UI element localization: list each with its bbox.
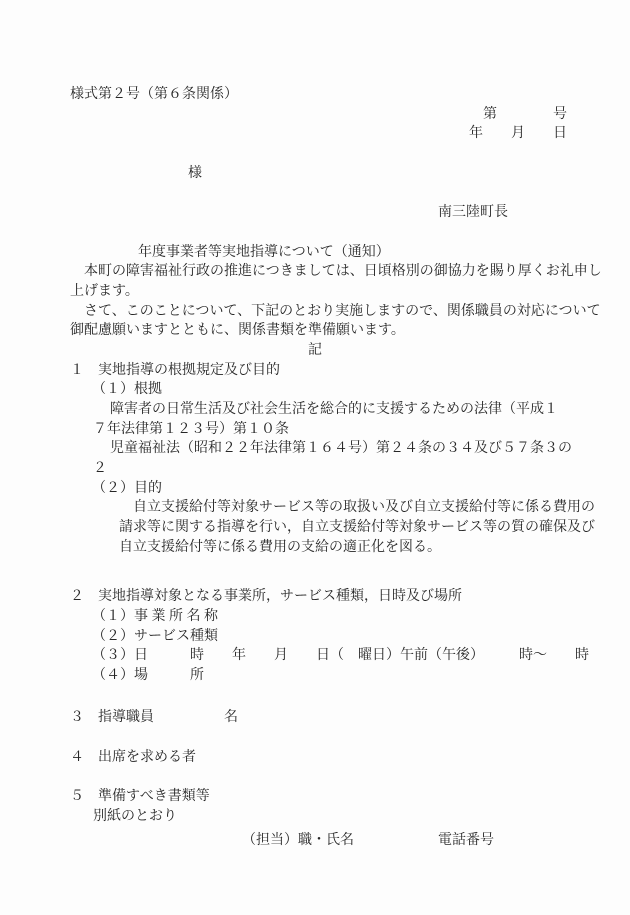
section2-item-office-name: （１）事 業 所 名 称 [0, 607, 630, 627]
section1-heading: １ 実地指導の根拠規定及び目的 [0, 361, 630, 381]
section1-basis-line4: ２ [0, 459, 630, 479]
section5-detail: 別紙のとおり [0, 807, 630, 827]
section2-item-datetime: （３）日 時 年 月 日（ 曜日）午前（午後） 時～ 時 [0, 646, 630, 666]
section1-purpose-line1: 自立支援給付等対象サービス等の取扱い及び自立支援給付等に係る費用の [0, 498, 630, 518]
intro-paragraph2-line2: 御配慮願いますとともに、関係書類を準備願います。 [0, 321, 630, 341]
section2-heading: ２ 実地指導対象となる事業所，サービス種類，日時及び場所 [0, 587, 630, 607]
contact-line: （担当）職・氏名 電話番号 [0, 831, 630, 851]
section1-basis-line1: 障害者の日常生活及び社会生活を総合的に支援するための法律（平成１ [0, 400, 630, 420]
ki-marker: 記 [0, 341, 630, 361]
section1-purpose-line2: 請求等に関する指導を行い，自立支援給付等対象サービス等の質の確保及び [0, 518, 630, 538]
doc-number-line: 第 号 [0, 105, 630, 125]
section2-item-service-type: （２）サービス種類 [0, 627, 630, 647]
document-page: 様式第２号（第６条関係） 第 号 年 月 日 様 南三陸町長 年度事業者等実地指… [0, 0, 630, 915]
section3-heading: ３ 指導職員 名 [0, 708, 630, 728]
subject-line: 年度事業者等実地指導について（通知） [0, 243, 630, 263]
form-number-label: 様式第２号（第６条関係） [0, 85, 630, 105]
intro-paragraph1-line1: 本町の障害福祉行政の推進につきましては、日頃格別の御協力を賜り厚くお礼申し [0, 262, 630, 282]
section1-basis-line3: 児童福祉法（昭和２２年法律第１６４号）第２４条の３４及び５７条３の [0, 439, 630, 459]
section4-heading: ４ 出席を求める者 [0, 748, 630, 768]
section1-basis-line2: ７年法律第１２３号）第１０条 [0, 420, 630, 440]
intro-paragraph1-line2: 上げます。 [0, 282, 630, 302]
section2-item-place: （４）場 所 [0, 666, 630, 686]
section5-heading: ５ 準備すべき書類等 [0, 787, 630, 807]
section1-purpose-line3: 自立支援給付等に係る費用の支給の適正化を図る。 [0, 538, 630, 558]
section1-basis-label: （１）根拠 [0, 380, 630, 400]
intro-paragraph2-line1: さて、このことについて、下記のとおり実施しますので、関係職員の対応について [0, 302, 630, 322]
addressee-line: 様 [0, 164, 630, 184]
doc-date-line: 年 月 日 [0, 124, 630, 144]
sender-line: 南三陸町長 [0, 203, 630, 223]
section1-purpose-label: （２）目的 [0, 479, 630, 499]
